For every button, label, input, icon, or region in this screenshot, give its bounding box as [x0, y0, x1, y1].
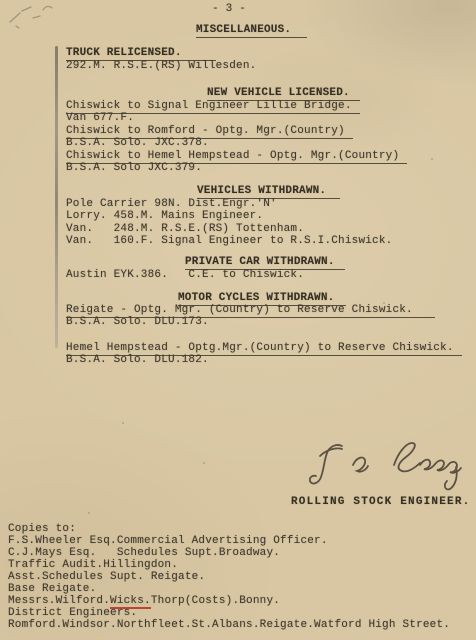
copies-recipient: Romford.Windsor.Northfleet.St.Albans.Rei…: [8, 620, 450, 631]
messrs-suffix: Thorp(Costs).Bonny.: [151, 595, 280, 607]
page-number: - 3 -: [212, 4, 246, 15]
paper-speck: [122, 422, 124, 424]
withdrawn-line: Van. 248.M. R.S.E.(RS) Tottenham.: [66, 224, 304, 235]
withdrawn-line: Pole Carrier 98N. Dist.Engr.'N': [66, 199, 277, 210]
vehicle-line: B.S.A. Solo. JXC.378.: [66, 138, 209, 149]
vehicle-line: B.S.A. Solo JXC.379.: [66, 163, 202, 174]
page-title: MISCELLANEOUS.: [196, 25, 307, 38]
withdrawn-line: Lorry. 458.M. Mains Engineer.: [66, 211, 263, 222]
withdrawn-line: Van. 160.F. Signal Engineer to R.S.I.Chi…: [66, 236, 392, 247]
copies-recipient: C.J.Mays Esq. Schedules Supt.Broadway.: [8, 548, 280, 559]
copies-recipient: District Engineers.: [8, 608, 137, 619]
copies-recipient: Traffic Audit.Hillingdon.: [8, 560, 178, 571]
vehicle-line: B.S.A. Solo. DLU.173.: [66, 317, 209, 328]
scanned-memo-page: - 3 - MISCELLANEOUS. TRUCK RELICENSED. 2…: [0, 0, 476, 640]
signatory-title: ROLLING STOCK ENGINEER.: [291, 497, 470, 508]
handwritten-signature: [296, 434, 472, 496]
copies-recipient: F.S.Wheeler Esq.Commercial Advertising O…: [8, 536, 328, 547]
copies-recipient: Base Reigate.: [8, 584, 96, 595]
pencil-marks-icon: [4, 2, 64, 36]
paper-speck: [203, 462, 205, 464]
vehicle-line: Van 677.F.: [66, 113, 134, 124]
messrs-prefix: Messrs.Wilford.: [8, 595, 110, 607]
private-car-entry: Austin EYK.386. C.E. to Chiswick.: [66, 270, 304, 281]
truck-relicensed-entry: 292.M. R.S.E.(RS) Willesden.: [66, 61, 256, 72]
paper-speck: [88, 512, 90, 514]
copies-recipient: Asst.Schedules Supt. Reigate.: [8, 572, 205, 583]
page-title-text: MISCELLANEOUS.: [196, 25, 307, 38]
fold-crease: [55, 46, 58, 348]
vehicle-line: B.S.A. Solo. DLU.182.: [66, 355, 209, 366]
paper-speck: [431, 158, 433, 160]
copies-label: Copies to:: [8, 524, 76, 535]
